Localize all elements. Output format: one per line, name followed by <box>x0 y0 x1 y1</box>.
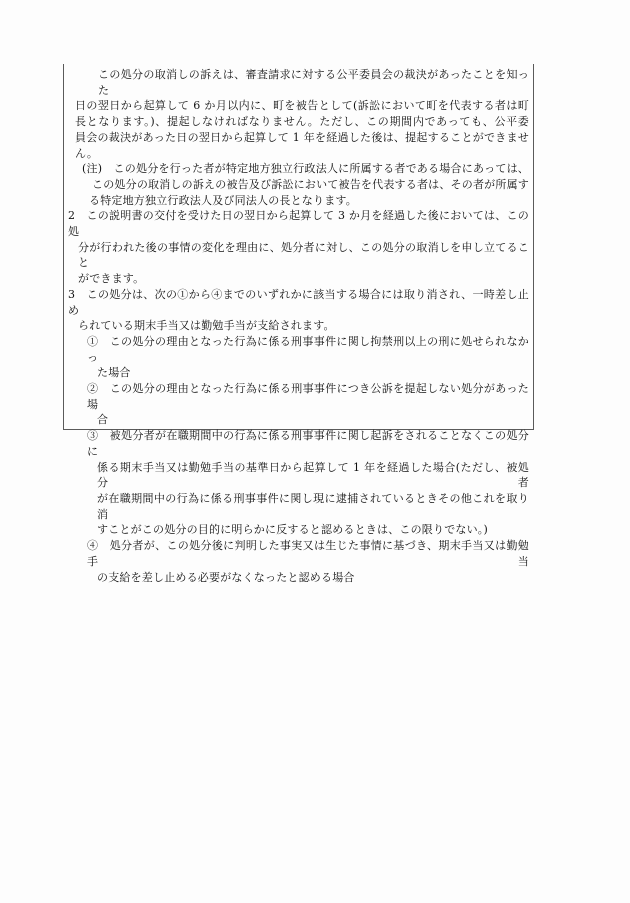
text-line: た場合 <box>97 365 529 381</box>
text-line: の支給を差し止める必要がなくなったと認める場合 <box>97 570 529 586</box>
text-line: 合 <box>97 412 529 428</box>
subitem-1-line: ① この処分の理由となった行為に係る刑事事件に関し拘禁刑以上の刑に処せられなかっ <box>87 334 529 365</box>
text-line: この処分の取消しの訴えは、審査請求に対する公平委員会の裁決があったことを知った <box>98 67 529 98</box>
text-line: 係る期末手当又は勤勉手当の基準日から起算して 1 年を経過した場合(ただし、被処… <box>97 460 529 491</box>
text-line: この処分の取消しの訴えの被告及び訴訟において被告を代表する者は、その者が所属す <box>92 177 529 193</box>
subitem-2-line: ② この処分の理由となった行為に係る刑事事件につき公訴を提起しない処分があった場 <box>87 381 529 412</box>
subitem-4-line: ④ 処分者が、この処分後に判明した事実又は生じた事情に基づき、期末手当又は勤勉手… <box>87 538 529 569</box>
document-page: この処分の取消しの訴えは、審査請求に対する公平委員会の裁決があったことを知った … <box>0 0 630 903</box>
text-line: ん。 <box>75 146 529 162</box>
text-line: 日の翌日から起算して 6 か月以内に、町を被告として(訴訟において町を代表する者… <box>75 98 529 114</box>
item-2-line: 2 この説明書の交付を受けた日の翌日から起算して 3 か月を経過した後においては… <box>68 208 529 239</box>
notice-box: この処分の取消しの訴えは、審査請求に対する公平委員会の裁決があったことを知った … <box>63 64 534 430</box>
text-line: られている期末手当又は勤勉手当が支給されます。 <box>78 318 529 334</box>
subitem-3-line: ③ 被処分者が在職期間中の行為に係る刑事事件に関し起訴をされることなくこの処分に <box>87 428 529 459</box>
text-line: すことがこの処分の目的に明らかに反すると認めるときは、この限りでない。) <box>97 522 529 538</box>
text-line: 員会の裁決があった日の翌日から起算して 1 年を経過した後は、提起することができ… <box>75 130 529 146</box>
item-3-line: 3 この処分は、次の①から④までのいずれかに該当する場合には取り消され、一時差し… <box>68 287 529 318</box>
text-line: る特定地方独立行政法人及び同法人の長となります。 <box>89 193 529 209</box>
text-line: 分が行われた後の事情の変化を理由に、処分者に対し、この処分の取消しを申し立てるこ… <box>78 240 529 271</box>
text-line: が在職期間中の行為に係る刑事事件に関し現に逮捕されているときその他これを取り消 <box>97 491 529 522</box>
text-line: ができます。 <box>78 271 529 287</box>
note-label-line: (注) この処分を行った者が特定地方独立行政法人に所属する者である場合にあっては… <box>82 161 529 177</box>
text-line: 長となります。)、提起しなければなりません。ただし、この期間内であっても、公平委 <box>75 114 529 130</box>
